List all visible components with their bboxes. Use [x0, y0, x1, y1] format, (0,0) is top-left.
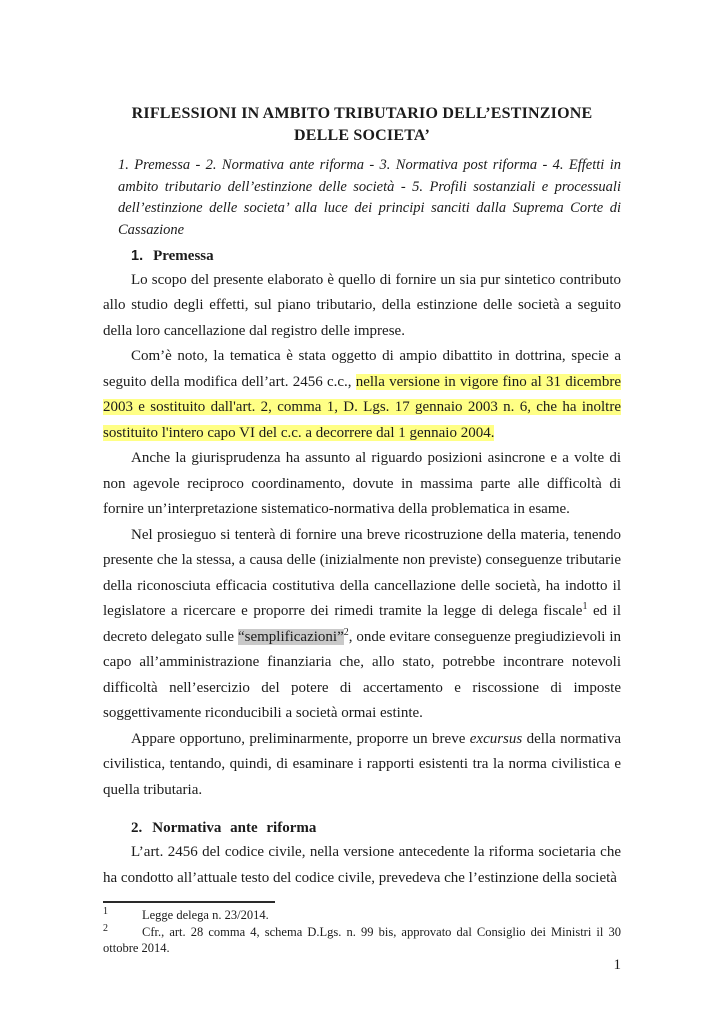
footnote-separator [103, 901, 275, 903]
document-page: RIFLESSIONI IN AMBITO TRIBUTARIO DELL’ES… [0, 0, 725, 1024]
italic-text: excursus [470, 731, 523, 747]
footnote-text: Cfr., art. 28 comma 4, schema D.Lgs. n. … [103, 925, 621, 956]
paragraph-5: Appare opportuno, preliminarmente, propo… [103, 727, 621, 804]
page-number: 1 [103, 957, 621, 974]
section-heading-premessa: 1.Premessa [103, 244, 621, 268]
abstract-summary: 1. Premessa - 2. Normativa ante riforma … [118, 155, 621, 242]
section-number: 2. [131, 820, 142, 836]
footnote-1: 1Legge delega n. 23/2014. [103, 907, 621, 924]
footnote-marker: 1 [103, 906, 108, 917]
footnote-text: Legge delega n. 23/2014. [142, 908, 269, 922]
paragraph-4: Nel prosieguo si tenterà di fornire una … [103, 523, 621, 727]
text-segment: Appare opportuno, preliminarmente, propo… [131, 731, 470, 747]
paragraph-6: L’art. 2456 del codice civile, nella ver… [103, 840, 621, 891]
paragraph-1: Lo scopo del presente elaborato è quello… [103, 268, 621, 345]
section-title: Normativa ante riforma [152, 820, 316, 836]
footnotes-area: 1Legge delega n. 23/2014. 2Cfr., art. 28… [103, 901, 621, 957]
footnote-marker: 2 [103, 922, 108, 933]
section-number: 1. [131, 248, 143, 264]
paragraph-3: Anche la giurisprudenza ha assunto al ri… [103, 446, 621, 523]
section-heading-normativa-ante-riforma: 2.Normativa ante riforma [103, 816, 621, 840]
document-content: RIFLESSIONI IN AMBITO TRIBUTARIO DELL’ES… [103, 103, 621, 891]
document-title: RIFLESSIONI IN AMBITO TRIBUTARIO DELL’ES… [103, 103, 621, 147]
section-title: Premessa [153, 248, 214, 264]
highlighted-text: “semplificazioni” [238, 629, 344, 645]
footnote-2: 2Cfr., art. 28 comma 4, schema D.Lgs. n.… [103, 924, 621, 957]
paragraph-2: Com’è noto, la tematica è stata oggetto … [103, 344, 621, 446]
text-segment: Nel prosieguo si tenterà di fornire una … [103, 527, 621, 620]
